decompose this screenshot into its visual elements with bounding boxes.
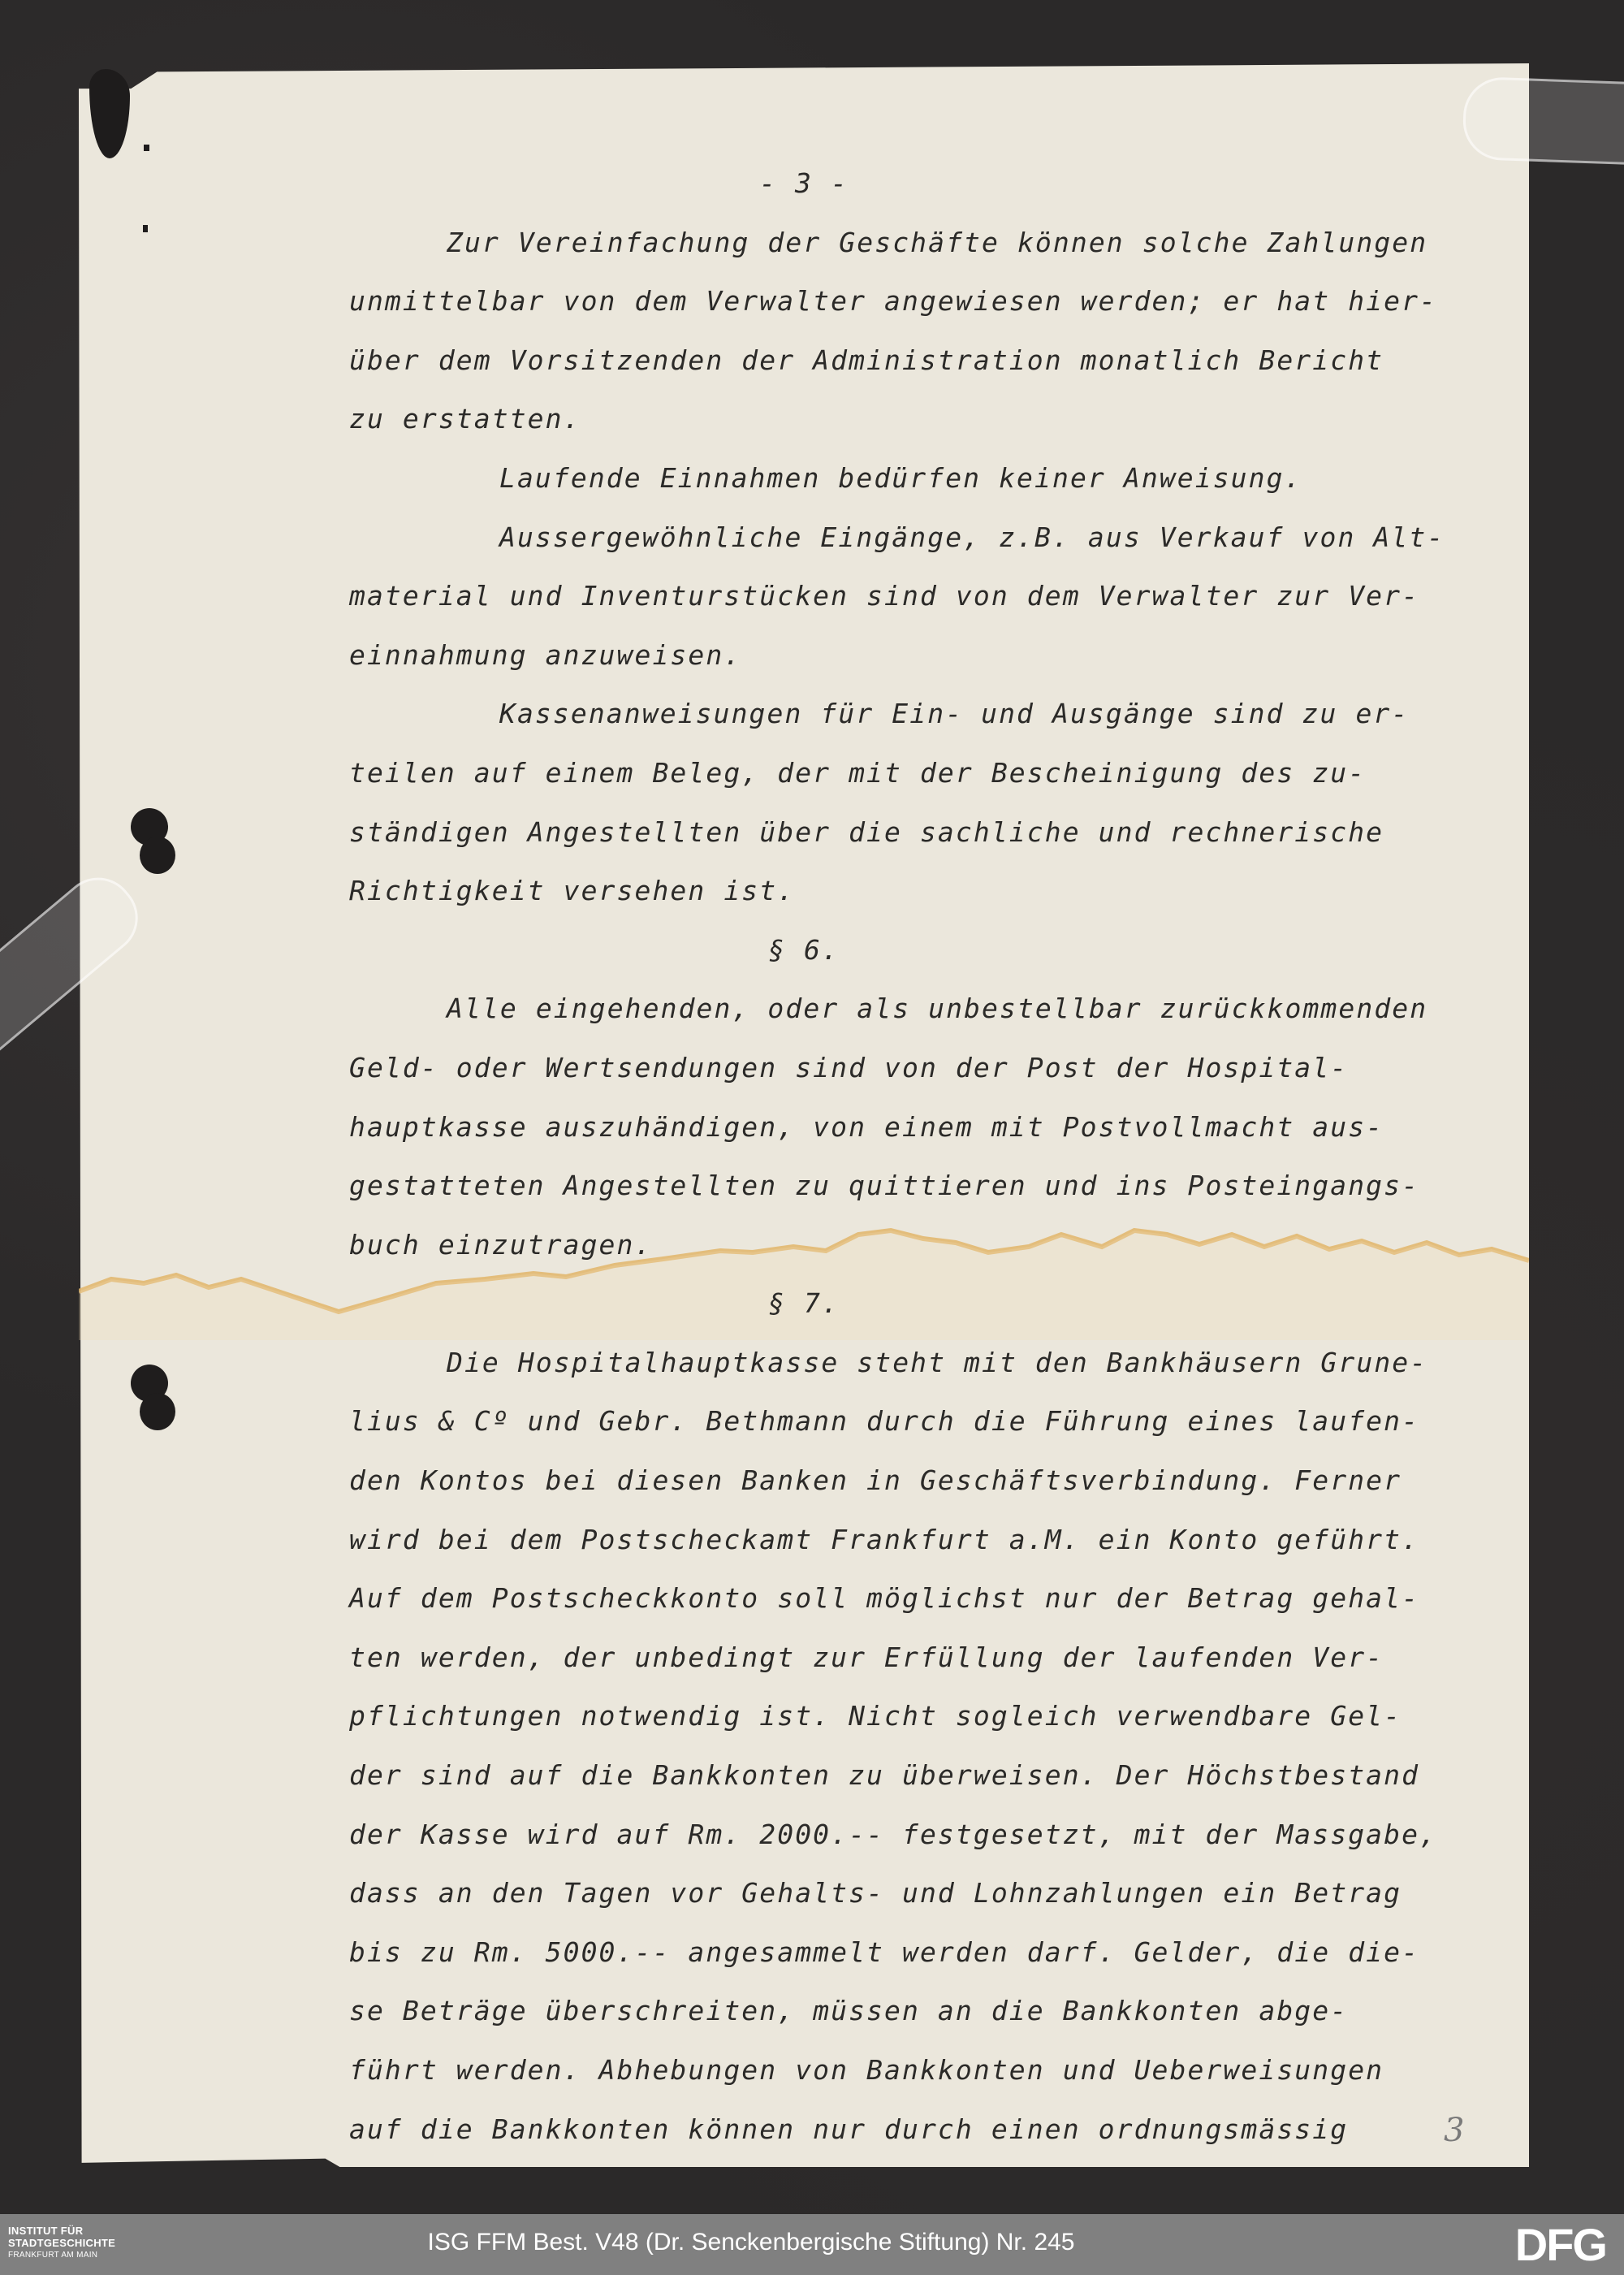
text-line: Auf dem Postscheckkonto soll möglichst n… — [349, 1569, 1502, 1628]
handwritten-folio-number: 3 — [1444, 2112, 1464, 2149]
page-number: - 3 - — [349, 154, 1502, 214]
text-line: der sind auf die Bankkonten zu überweise… — [349, 1746, 1502, 1806]
section-heading-6: § 6. — [349, 921, 1502, 980]
section-heading-7: § 7. — [349, 1274, 1502, 1334]
text-line: Zur Vereinfachung der Geschäfte können s… — [349, 214, 1502, 273]
punch-hole — [140, 1393, 175, 1430]
archive-footer-bar: INSTITUT FÜR STADTGESCHICHTE FRANKFURT A… — [0, 2214, 1624, 2275]
text-line: lius & Cº und Gebr. Bethmann durch die F… — [349, 1392, 1502, 1451]
text-line: Kassenanweisungen für Ein- und Ausgänge … — [349, 685, 1502, 744]
text-line: der Kasse wird auf Rm. 2000.-- festgeset… — [349, 1806, 1502, 1865]
plastic-clip — [1462, 76, 1624, 167]
text-line: zu erstatten. — [349, 390, 1502, 449]
dfg-logo: DFG — [1515, 2222, 1606, 2268]
pin-mark — [144, 145, 149, 151]
text-line: Aussergewöhnliche Eingänge, z.B. aus Ver… — [349, 508, 1502, 568]
text-line: Laufende Einnahmen bedürfen keiner Anwei… — [349, 449, 1502, 508]
text-line: Richtigkeit versehen ist. — [349, 862, 1502, 921]
text-line: se Beträge überschreiten, müssen an die … — [349, 1982, 1502, 2041]
section-7-body: Die Hospitalhauptkasse steht mit den Ban… — [349, 1334, 1502, 2159]
text-line: hauptkasse auszuhändigen, von einem mit … — [349, 1098, 1502, 1157]
text-line: unmittelbar von dem Verwalter angewiesen… — [349, 272, 1502, 331]
archive-signature-caption: ISG FFM Best. V48 (Dr. Senckenbergische … — [0, 2229, 1624, 2256]
text-line: einnahmung anzuweisen. — [349, 626, 1502, 686]
text-line: Geld- oder Wertsendungen sind von der Po… — [349, 1039, 1502, 1098]
text-line: führt werden. Abhebungen von Bankkonten … — [349, 2041, 1502, 2100]
section-6-body: Alle eingehenden, oder als unbestellbar … — [349, 980, 1502, 1274]
text-line: pflichtungen notwendig ist. Nicht soglei… — [349, 1687, 1502, 1746]
text-line: auf die Bankkonten können nur durch eine… — [349, 2100, 1502, 2160]
text-line: dass an den Tagen vor Gehalts- und Lohnz… — [349, 1864, 1502, 1923]
text-line: Die Hospitalhauptkasse steht mit den Ban… — [349, 1334, 1502, 1393]
text-line: über dem Vorsitzenden der Administration… — [349, 331, 1502, 391]
text-line: Alle eingehenden, oder als unbestellbar … — [349, 980, 1502, 1039]
text-line: bis zu Rm. 5000.-- angesammelt werden da… — [349, 1923, 1502, 1983]
text-line: gestatteten Angestellten zu quittieren u… — [349, 1157, 1502, 1216]
text-line: wird bei dem Postscheckamt Frankfurt a.M… — [349, 1511, 1502, 1570]
text-line: ten werden, der unbedingt zur Erfüllung … — [349, 1628, 1502, 1688]
text-line: material und Inventurstücken sind von de… — [349, 567, 1502, 626]
pin-mark — [143, 225, 148, 232]
punch-hole — [140, 837, 175, 874]
text-line: ständigen Angestellten über die sachlich… — [349, 803, 1502, 863]
text-line: den Kontos bei diesen Banken in Geschäft… — [349, 1451, 1502, 1511]
text-line: buch einzutragen. — [349, 1216, 1502, 1275]
text-line: teilen auf einem Beleg, der mit der Besc… — [349, 744, 1502, 803]
typewritten-text: - 3 - Zur Vereinfachung der Geschäfte kö… — [349, 154, 1502, 2159]
section-5-continuation: Zur Vereinfachung der Geschäfte können s… — [349, 214, 1502, 921]
